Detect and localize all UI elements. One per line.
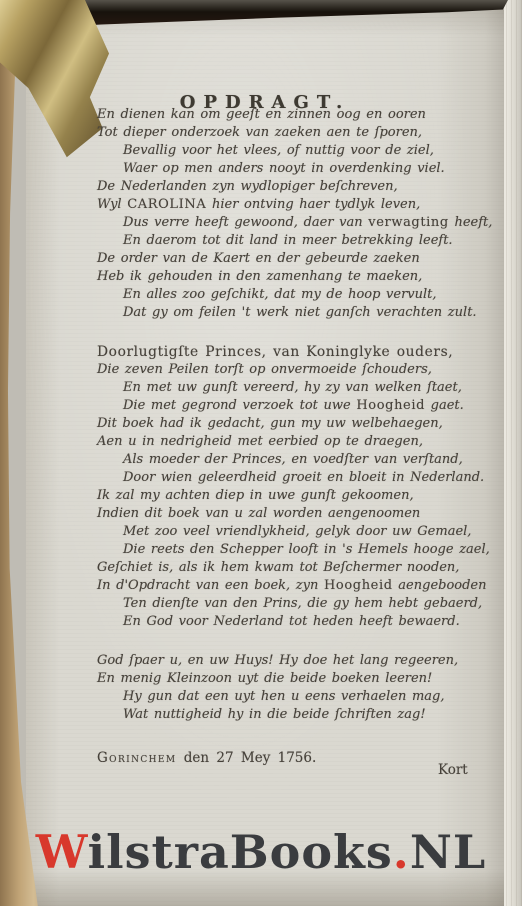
verse-text: Als moeder der Princes, en voedſter van … xyxy=(123,452,463,467)
verse-roman-word: CAROLINA xyxy=(127,197,206,212)
verse-text: Wyl xyxy=(97,197,127,212)
verse-text: Tot dieper onderzoek van zaeken aen te ſ… xyxy=(97,125,422,140)
verse-line: Ik zal my achten diep in uwe gunſt gekoo… xyxy=(97,487,492,505)
dateline-text: den 27 Mey 1756. xyxy=(177,750,317,766)
verse-text: Geſchiet is, als ik hem kwam tot Beſcher… xyxy=(97,560,459,575)
verse-text: En dienen kan om geeſt en zinnen oog en … xyxy=(97,107,426,122)
verse-text: Indien dit boek van u zal worden aengeno… xyxy=(97,506,420,521)
verse-line: Tot dieper onderzoek van zaeken aen te ſ… xyxy=(97,124,492,142)
watermark-suffix: NL xyxy=(410,825,486,879)
verse-line: Indien dit boek van u zal worden aengeno… xyxy=(97,505,492,523)
verse-text: Bevallig voor het vlees, of nuttig voor … xyxy=(123,143,434,158)
verse-text: Wat nuttigheid hy in die beide ſchriften… xyxy=(123,707,426,722)
verse-text: aengebooden xyxy=(393,578,487,593)
verse-line: Aen u in nedrigheid met eerbied op te dr… xyxy=(97,433,492,451)
verse-text: Door wien geleerdheid groeit en bloeit i… xyxy=(123,470,484,485)
verse-text: De Nederlanden zyn wydlopiger beſchreven… xyxy=(97,179,398,194)
watermark-middle: ilstraBooks xyxy=(88,825,393,879)
verse-line: Hy gun dat een uyt hen u eens verhaelen … xyxy=(97,688,492,706)
verse-text: Die reets den Schepper looft in 's Hemel… xyxy=(123,542,490,557)
verse-text: En alles zoo geſchikt, dat my de hoop ve… xyxy=(123,287,437,302)
watermark: WilstraBooks.NL xyxy=(0,820,522,884)
verse-text: Dit boek had ik gedacht, gun my uw welbe… xyxy=(97,416,443,431)
verse-text: En met uw gunſt vereerd, hy zy van welke… xyxy=(123,380,462,395)
verse-text: Ten dienſte van den Prins, die gy hem he… xyxy=(123,596,482,611)
verse-container: En dienen kan om geeſt en zinnen oog en … xyxy=(97,106,492,745)
verse-line: God ſpaer u, en uw Huys! Hy doe het lang… xyxy=(97,652,492,670)
verse-text: Aen u in nedrigheid met eerbied op te dr… xyxy=(97,434,423,449)
verse-block: God ſpaer u, en uw Huys! Hy doe het lang… xyxy=(97,652,492,724)
verse-line: Ten dienſte van den Prins, die gy hem he… xyxy=(97,595,492,613)
verse-text: Hy gun dat een uyt hen u eens verhaelen … xyxy=(123,689,445,704)
verse-text: Heb ik gehouden in den zamenhang te maek… xyxy=(97,269,422,284)
verse-text: En daerom tot dit land in meer betrekkin… xyxy=(123,233,453,248)
verse-line: Waer op men anders nooyt in overdenking … xyxy=(97,160,492,178)
verse-line: Die met gegrond verzoek tot uwe Hoogheid… xyxy=(97,397,492,415)
verse-text: In d'Opdracht van een boek, zyn xyxy=(97,578,324,593)
catchword: Kort xyxy=(438,762,468,778)
verse-roman-word: Hoogheid xyxy=(356,398,425,413)
verse-line: Door wien geleerdheid groeit en bloeit i… xyxy=(97,469,492,487)
verse-roman-word: Hoogheid xyxy=(324,578,393,593)
verse-text: En menig Kleinzoon uyt die beide boeken … xyxy=(97,671,432,686)
verse-roman-word: verwagting xyxy=(368,215,449,230)
verse-line: Dus verre heeft gewoond, daer van verwag… xyxy=(97,214,492,232)
verse-line: En menig Kleinzoon uyt die beide boeken … xyxy=(97,670,492,688)
verse-text: Dat gy om feilen 't werk niet ganſch ver… xyxy=(123,305,477,320)
verse-text: Dus verre heeft gewoond, daer van xyxy=(123,215,368,230)
verse-line: Doorlugtigſte Princes, van Koninglyke ou… xyxy=(97,343,492,361)
verse-text: Waer op men anders nooyt in overdenking … xyxy=(123,161,445,176)
book-photo: OPDRAGT. En dienen kan om geeſt en zinne… xyxy=(0,0,522,906)
verse-line: Wat nuttigheid hy in die beide ſchriften… xyxy=(97,706,492,724)
verse-line: Die zeven Peilen torſt op onvermoeide ſc… xyxy=(97,361,492,379)
verse-line: En alles zoo geſchikt, dat my de hoop ve… xyxy=(97,286,492,304)
dateline: Gorinchem den 27 Mey 1756. xyxy=(97,750,316,766)
verse-line: Als moeder der Princes, en voedſter van … xyxy=(97,451,492,469)
verse-text: heeft, xyxy=(449,215,493,230)
verse-block: En dienen kan om geeſt en zinnen oog en … xyxy=(97,106,492,322)
verse-line: De Nederlanden zyn wydlopiger beſchreven… xyxy=(97,178,492,196)
verse-line: Met zoo veel vriendlykheid, gelyk door u… xyxy=(97,523,492,541)
verse-text: hier ontving haer tydlyk leven, xyxy=(206,197,420,212)
verse-line: Dit boek had ik gedacht, gun my uw welbe… xyxy=(97,415,492,433)
verse-text: gaet. xyxy=(425,398,464,413)
verse-text: Die zeven Peilen torſt op onvermoeide ſc… xyxy=(97,362,432,377)
verse-block: Doorlugtigſte Princes, van Koninglyke ou… xyxy=(97,343,492,631)
verse-text: Ik zal my achten diep in uwe gunſt gekoo… xyxy=(97,488,414,503)
verse-line: Geſchiet is, als ik hem kwam tot Beſcher… xyxy=(97,559,492,577)
watermark-initial: W xyxy=(36,825,88,879)
verse-line: In d'Opdracht van een boek, zyn Hoogheid… xyxy=(97,577,492,595)
verse-text: Die met gegrond verzoek tot uwe xyxy=(123,398,356,413)
verse-text: Met zoo veel vriendlykheid, gelyk door u… xyxy=(123,524,471,539)
verse-line: Heb ik gehouden in den zamenhang te maek… xyxy=(97,268,492,286)
verse-line: En dienen kan om geeſt en zinnen oog en … xyxy=(97,106,492,124)
verse-line: Die reets den Schepper looft in 's Hemel… xyxy=(97,541,492,559)
dateline-place: Gorinchem xyxy=(97,750,177,766)
verse-line: De order van de Kaert en der gebeurde za… xyxy=(97,250,492,268)
verse-text: De order van de Kaert en der gebeurde za… xyxy=(97,251,420,266)
verse-line: Wyl CAROLINA hier ontving haer tydlyk le… xyxy=(97,196,492,214)
verse-line: En met uw gunſt vereerd, hy zy van welke… xyxy=(97,379,492,397)
verse-line: En daerom tot dit land in meer betrekkin… xyxy=(97,232,492,250)
verse-text: God ſpaer u, en uw Huys! Hy doe het lang… xyxy=(97,653,458,668)
watermark-dot: . xyxy=(393,825,410,879)
verse-text: En God voor Nederland tot heden heeft be… xyxy=(123,614,460,629)
verse-line: Dat gy om feilen 't werk niet ganſch ver… xyxy=(97,304,492,322)
verse-line: En God voor Nederland tot heden heeft be… xyxy=(97,613,492,631)
verse-line: Bevallig voor het vlees, of nuttig voor … xyxy=(97,142,492,160)
verse-roman-word: Doorlugtigſte Princes, van Koninglyke ou… xyxy=(97,344,453,360)
